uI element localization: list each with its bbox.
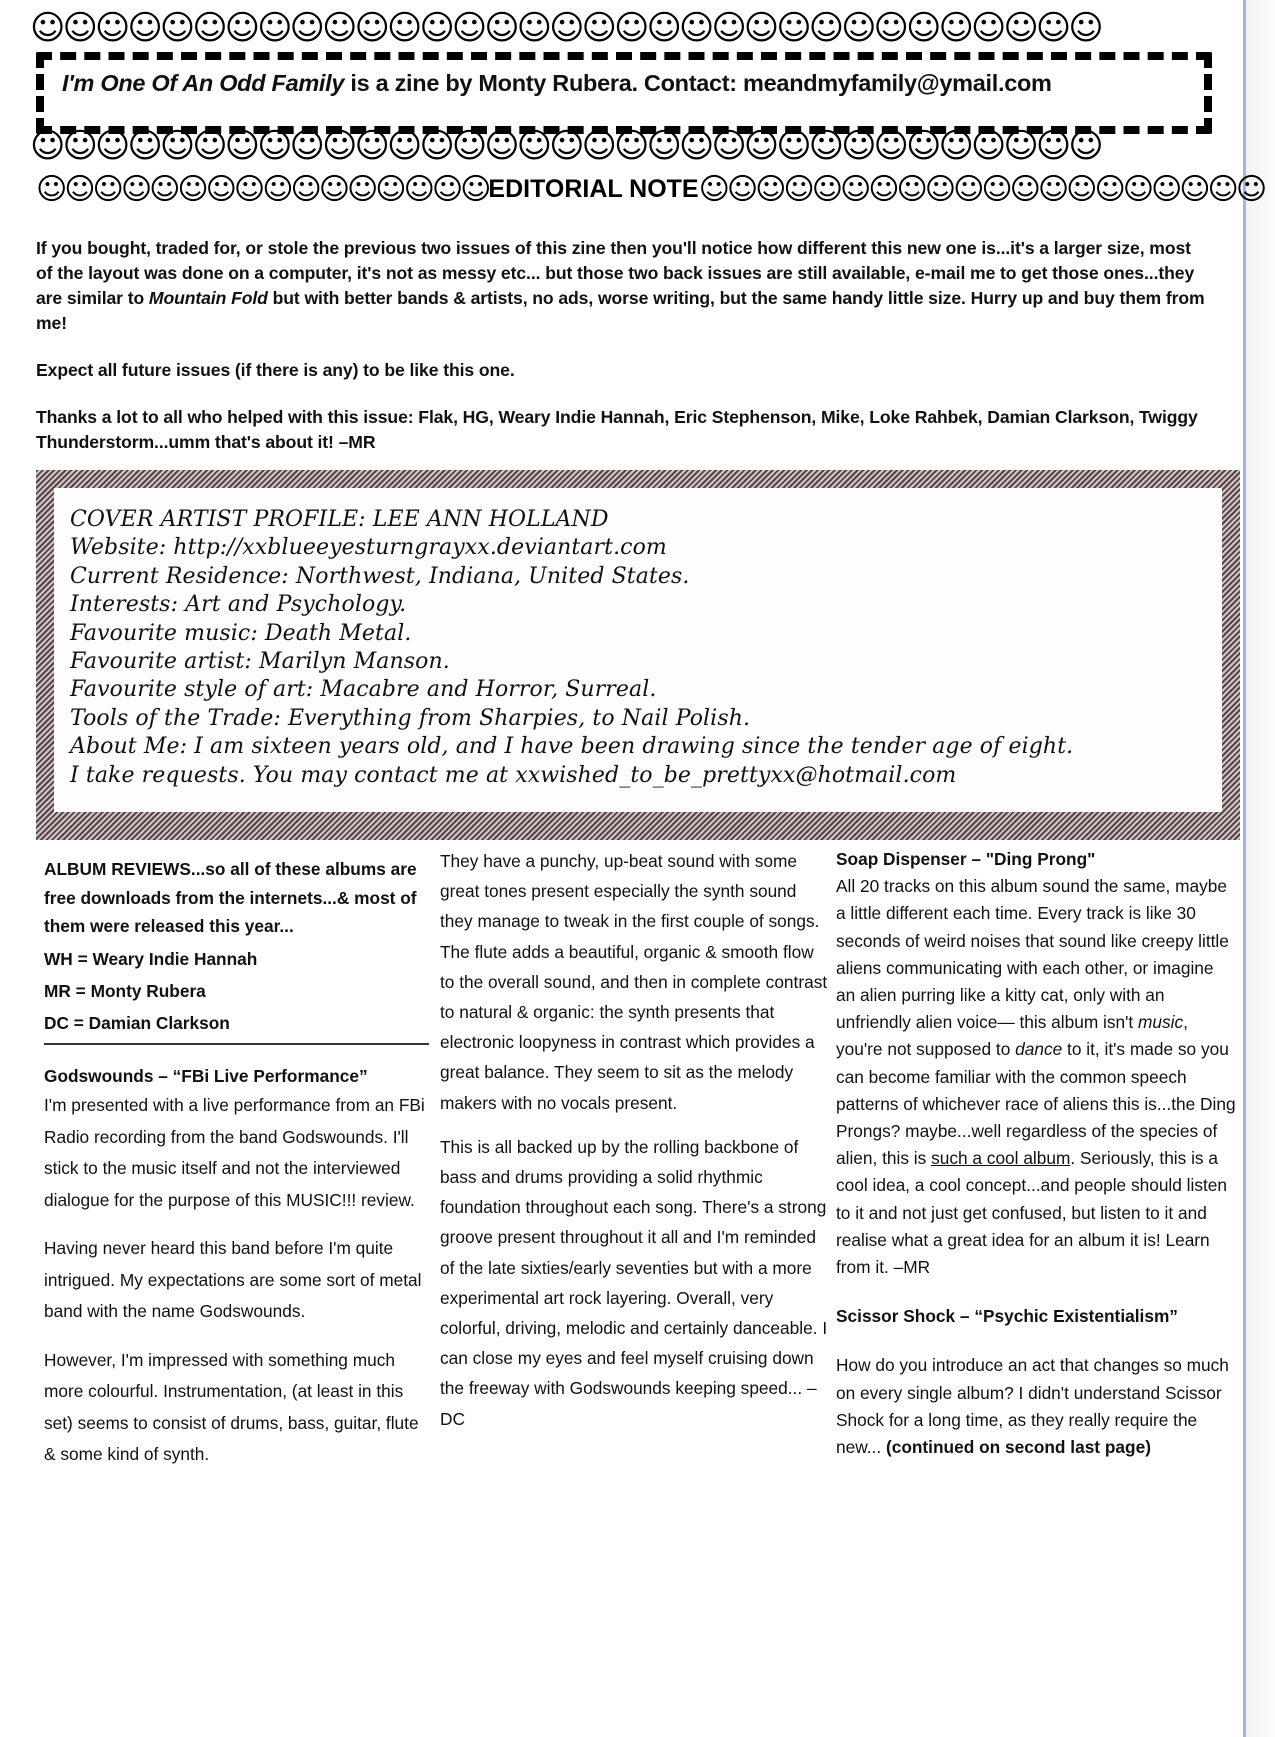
profile-about: About Me: I am sixteen years old, and I … [70, 733, 1073, 761]
cover-artist-profile: COVER ARTIST PROFILE: LEE ANN HOLLAND We… [70, 506, 1073, 790]
smiley-border-middle: ☺☺☺☺☺☺☺☺☺☺☺☺☺☺☺☺☺☺☺☺☺☺☺☺☺☺☺☺☺☺☺☺☺ [30, 128, 1101, 164]
underlined-phrase: such a cool album [931, 1148, 1070, 1168]
legend-item: WH = Weary Indie Hannah [44, 943, 429, 975]
editorial-note: If you bought, traded for, or stole the … [36, 236, 1211, 477]
reviews-intro: ALBUM REVIEWS...so all of these albums a… [44, 855, 429, 941]
smiley-icon-row: ☺☺☺☺☺☺☺☺☺☺☺☺☺☺☺☺☺☺☺☺☺☺☺☺☺☺☺☺☺☺☺☺☺ [30, 8, 1101, 48]
review-paragraph: All 20 tracks on this album sound the sa… [836, 873, 1236, 1281]
reviewer-legend: WH = Weary Indie Hannah MR = Monty Ruber… [44, 943, 429, 1039]
review-title-scissor-shock: Scissor Shock – “Psychic Existentialism” [836, 1303, 1236, 1330]
editorial-heading-row: ☺☺☺☺☺☺☺☺☺☺☺☺☺☺☺☺EDITORIAL NOTE☺☺☺☺☺☺☺☺☺☺… [36, 172, 1264, 207]
profile-heading: COVER ARTIST PROFILE: LEE ANN HOLLAND [70, 506, 1073, 534]
review-title-godswounds: Godswounds – “FBi Live Performance” [44, 1063, 429, 1091]
review-paragraph: This is all backed up by the rolling bac… [440, 1132, 832, 1434]
zine-tagline: is a zine by Monty Rubera. Contact: mean… [344, 70, 1051, 96]
continued-note: (continued on second last page) [886, 1437, 1151, 1457]
reviews-column-1: ALBUM REVIEWS...so all of these albums a… [44, 855, 429, 1488]
smiley-icon-row: ☺☺☺☺☺☺☺☺☺☺☺☺☺☺☺☺☺☺☺☺☺☺☺☺☺☺☺☺☺☺☺☺☺ [30, 126, 1101, 166]
legend-item: DC = Damian Clarkson [44, 1007, 429, 1039]
profile-contact: I take requests. You may contact me at x… [70, 762, 1073, 790]
editorial-thanks: Thanks a lot to all who helped with this… [36, 405, 1211, 455]
review-paragraph: However, I'm impressed with something mu… [44, 1345, 429, 1471]
profile-favourite-artist: Favourite artist: Marilyn Manson. [70, 648, 1073, 676]
review-title-soap-dispenser: Soap Dispenser – "Ding Prong" [836, 846, 1236, 873]
smiley-icon-row: ☺☺☺☺☺☺☺☺☺☺☺☺☺☺☺☺ [36, 172, 488, 207]
editorial-paragraph: Expect all future issues (if there is an… [36, 358, 1211, 383]
review-paragraph: I'm presented with a live performance fr… [44, 1090, 429, 1216]
smiley-border-top: ☺☺☺☺☺☺☺☺☺☺☺☺☺☺☺☺☺☺☺☺☺☺☺☺☺☺☺☺☺☺☺☺☺ [30, 10, 1101, 46]
review-paragraph: They have a punchy, up-beat sound with s… [440, 846, 832, 1118]
editorial-heading: EDITORIAL NOTE [488, 175, 698, 203]
review-paragraph: Having never heard this band before I'm … [44, 1233, 429, 1328]
zine-header: I'm One Of An Odd Family is a zine by Mo… [62, 70, 1052, 97]
profile-interests: Interests: Art and Psychology. [70, 591, 1073, 619]
profile-favourite-music: Favourite music: Death Metal. [70, 620, 1073, 648]
legend-item: MR = Monty Rubera [44, 975, 429, 1007]
reviews-column-3: Soap Dispenser – "Ding Prong" All 20 tra… [836, 846, 1236, 1461]
page-edge-margin [1246, 0, 1275, 1737]
zine-title: I'm One Of An Odd Family [62, 70, 344, 96]
profile-residence: Current Residence: Northwest, Indiana, U… [70, 563, 1073, 591]
review-paragraph: How do you introduce an act that changes… [836, 1352, 1236, 1461]
section-divider [44, 1043, 429, 1045]
profile-favourite-style: Favourite style of art: Macabre and Horr… [70, 676, 1073, 704]
reviews-column-2: They have a punchy, up-beat sound with s… [440, 846, 832, 1434]
profile-website: Website: http://xxblueeyesturngrayxx.dev… [70, 534, 1073, 562]
smiley-icon-row: ☺☺☺☺☺☺☺☺☺☺☺☺☺☺☺☺☺☺☺☺ [699, 172, 1265, 207]
editorial-paragraph: If you bought, traded for, or stole the … [36, 236, 1211, 336]
profile-tools: Tools of the Trade: Everything from Shar… [70, 705, 1073, 733]
mountain-fold-title: Mountain Fold [149, 288, 268, 308]
